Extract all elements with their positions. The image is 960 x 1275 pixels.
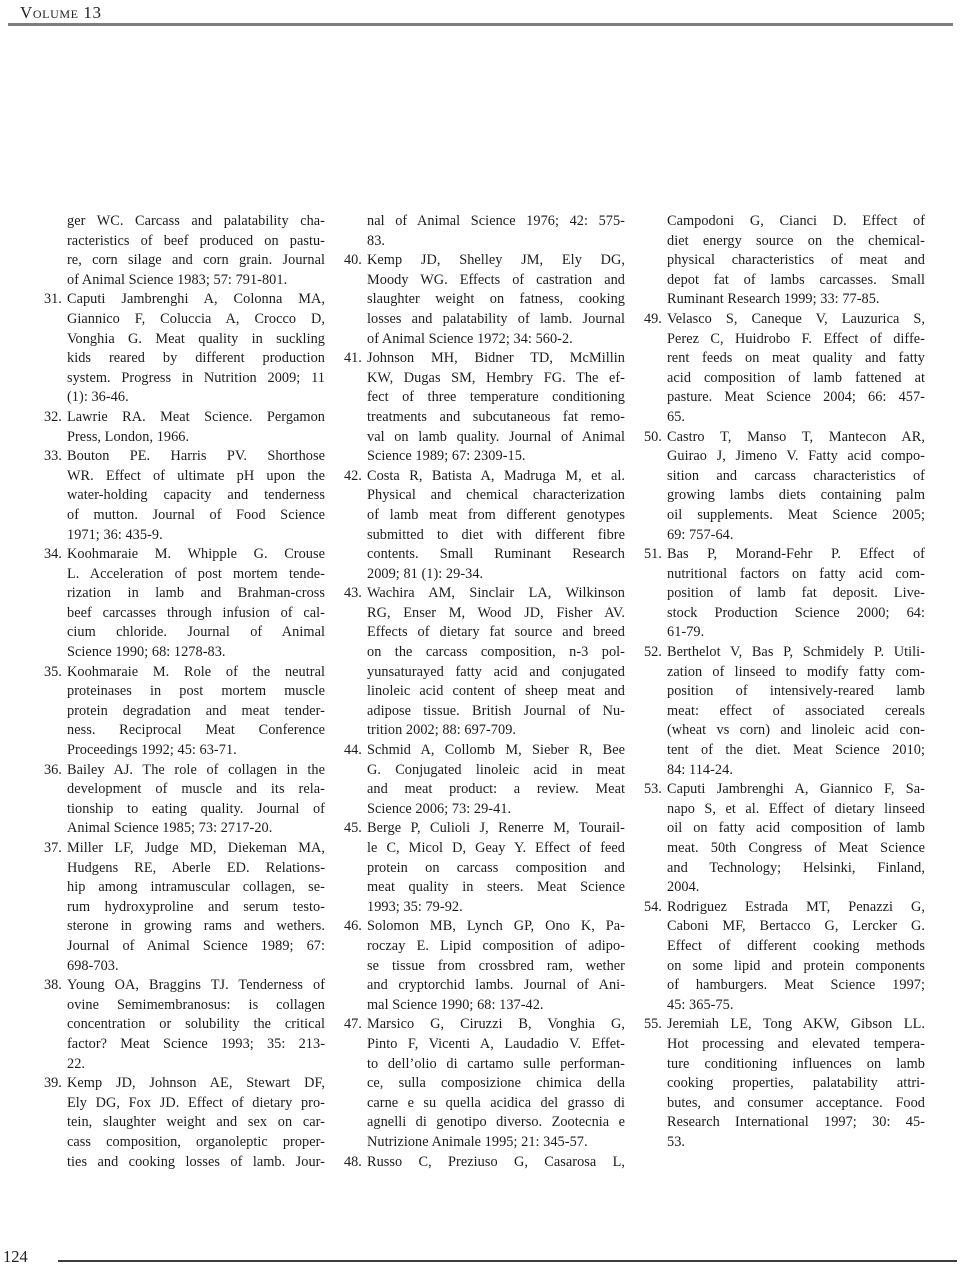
reference-line: pasture. Meat Science 2004; 66: 457- [667,388,925,408]
reference-line: butes, and consumer acceptance. Food [667,1094,925,1114]
footer-rule [58,1260,957,1262]
reference-line: 61-79. [667,623,925,643]
reference-number: 40. [344,251,362,271]
reference-entry: 50.Castro T, Manso T, Mantecon AR,Guirao… [644,428,925,546]
reference-line: rization in lamb and Brahman-cross [67,584,325,604]
reference-entry: 52.Berthelot V, Bas P, Schmidely P. Util… [644,643,925,780]
reference-entry: 42.Costa R, Batista A, Madruga M, et al.… [344,467,625,585]
reference-line: water-holding capacity and tenderness [67,486,325,506]
reference-number: 41. [344,349,362,369]
reference-line: Marsico G, Ciruzzi B, Vonghia G, [367,1015,625,1035]
reference-line: 83. [367,232,625,252]
reference-line: Effects of dietary fat source and breed [367,623,625,643]
reference-line: Science 1990; 68: 1278-83. [67,643,325,663]
reference-line: hip among intramuscular collagen, se- [67,878,325,898]
reference-line: Bouton PE. Harris PV. Shorthose [67,447,325,467]
reference-line: Guirao J, Jimeno V. Fatty acid compo- [667,447,925,467]
references-column-1: ger WC. Carcass and palatability cha-rac… [44,212,325,1172]
reference-number: 35. [44,663,62,683]
reference-entry: 39.Kemp JD, Johnson AE, Stewart DF,Ely D… [44,1074,325,1172]
reference-line: se tissue from crossbred ram, wether [367,957,625,977]
reference-number: 51. [644,545,662,565]
reference-line: Young OA, Braggins TJ. Tenderness of [67,976,325,996]
reference-line: Schmid A, Collomb M, Sieber R, Bee [367,741,625,761]
references-columns: ger WC. Carcass and palatability cha-rac… [44,212,925,1172]
reference-line: and meat product: a review. Meat [367,780,625,800]
reference-entry: 44.Schmid A, Collomb M, Sieber R, BeeG. … [344,741,625,819]
reference-line: G. Conjugated linoleic acid in meat [367,761,625,781]
reference-entry: 38.Young OA, Braggins TJ. Tenderness ofo… [44,976,325,1074]
reference-number: 48. [344,1153,362,1173]
reference-line: sition and carcass characteristics of [667,467,925,487]
reference-line: zation of linseed to modify fatty com- [667,663,925,683]
reference-line: Ely DG, Fox JD. Effect of dietary pro- [67,1094,325,1114]
reference-line: Solomon MB, Lynch GP, Ono K, Pa- [367,917,625,937]
reference-number: 53. [644,780,662,800]
reference-line: Jeremiah LE, Tong AKW, Gibson LL. [667,1015,925,1035]
reference-line: re, corn silage and corn grain. Journal [67,251,325,271]
reference-line: proteinases in post mortem muscle [67,682,325,702]
reference-entry: 54.Rodriguez Estrada MT, Penazzi G,Cabon… [644,898,925,1016]
page-number-label: 124 [3,1247,28,1267]
reference-line: tionship to eating quality. Journal of [67,800,325,820]
reference-line: rum hydroxyproline and serum testo- [67,898,325,918]
reference-entry: 34.Koohmaraie M. Whipple G. CrouseL. Acc… [44,545,325,663]
reference-line: beef carcasses through infusion of cal- [67,604,325,624]
reference-line: losses and palatability of lamb. Journal [367,310,625,330]
reference-line: adipose tissue. British Journal of Nu- [367,702,625,722]
reference-entry: ger WC. Carcass and palatability cha-rac… [44,212,325,290]
reference-line: trition 2002; 88: 697-709. [367,721,625,741]
reference-line: acid composition of lamb fattened at [667,369,925,389]
reference-entry: 46.Solomon MB, Lynch GP, Ono K, Pa-rocza… [344,917,625,1015]
reference-line: Ruminant Research 1999; 33: 77-85. [667,290,925,310]
reference-line: on the carcass composition, n-3 pol- [367,643,625,663]
reference-line: diet energy source on the chemical- [667,232,925,252]
reference-number: 43. [344,584,362,604]
reference-line: Physical and chemical characterization [367,486,625,506]
reference-number: 31. [44,290,62,310]
document-page: Volume 13 ger WC. Carcass and palatabili… [0,0,960,1275]
reference-line: protein degradation and meat tender- [67,702,325,722]
reference-entry: 51.Bas P, Morand-Fehr P. Effect ofnutrit… [644,545,925,643]
reference-line: Johnson MH, Bidner TD, McMillin [367,349,625,369]
reference-line: system. Progress in Nutrition 2009; 11 [67,369,325,389]
reference-line: 1971; 36: 435-9. [67,526,325,546]
reference-entry: 55.Jeremiah LE, Tong AKW, Gibson LL.Hot … [644,1015,925,1152]
reference-line: ness. Reciprocal Meat Conference [67,721,325,741]
reference-line: Kemp JD, Johnson AE, Stewart DF, [67,1074,325,1094]
reference-line: treatments and subcutaneous fat remo- [367,408,625,428]
reference-line: kids reared by different production [67,349,325,369]
reference-line: meat quality in steers. Meat Science [367,878,625,898]
reference-line: yunsaturayed fatty acid and conjugated [367,663,625,683]
reference-line: Bas P, Morand-Fehr P. Effect of [667,545,925,565]
reference-line: 2004. [667,878,925,898]
reference-entry: 43.Wachira AM, Sinclair LA, WilkinsonRG,… [344,584,625,741]
reference-number: 50. [644,428,662,448]
reference-line: 698-703. [67,957,325,977]
reference-line: slaughter weight on fatness, cooking [367,290,625,310]
reference-entry: 36.Bailey AJ. The role of collagen in th… [44,761,325,839]
reference-line: Animal Science 1985; 73: 2717-20. [67,819,325,839]
reference-line: linoleic acid content of sheep meat and [367,682,625,702]
reference-line: of Animal Science 1972; 34: 560-2. [367,330,625,350]
reference-line: racteristics of beef produced on pastu- [67,232,325,252]
reference-line: KW, Dugas SM, Hembry FG. The ef- [367,369,625,389]
reference-line: Moody WG. Effects of castration and [367,271,625,291]
reference-line: submitted to diet with different fibre [367,526,625,546]
reference-line: nutritional factors on fatty acid com- [667,565,925,585]
reference-line: development of muscle and its rela- [67,780,325,800]
reference-line: factor? Meat Science 1993; 35: 213- [67,1035,325,1055]
reference-line: Castro T, Manso T, Mantecon AR, [667,428,925,448]
reference-line: RG, Enser M, Wood JD, Fisher AV. [367,604,625,624]
reference-line: on some lipid and protein components [667,957,925,977]
reference-line: 53. [667,1133,925,1153]
reference-line: cium chloride. Journal of Animal [67,623,325,643]
reference-number: 44. [344,741,362,761]
reference-entry: 47.Marsico G, Ciruzzi B, Vonghia G,Pinto… [344,1015,625,1152]
reference-line: Costa R, Batista A, Madruga M, et al. [367,467,625,487]
reference-line: WR. Effect of ultimate pH upon the [67,467,325,487]
reference-line: Science 1989; 67: 2309-15. [367,447,625,467]
reference-line: 65. [667,408,925,428]
reference-line: ce, sulla composizione chimica della [367,1074,625,1094]
reference-line: 1993; 35: 79-92. [367,898,625,918]
reference-line: position of intensively-reared lamb [667,682,925,702]
header-rule [8,23,953,26]
reference-line: protein on carcass composition and [367,859,625,879]
reference-line: Berge P, Culioli J, Renerre M, Tourail- [367,819,625,839]
reference-line: nal of Animal Science 1976; 42: 575- [367,212,625,232]
reference-number: 34. [44,545,62,565]
reference-line: sterone in growing rams and wethers. [67,917,325,937]
reference-line: Science 2006; 73: 29-41. [367,800,625,820]
reference-entry: Campodoni G, Cianci D. Effect ofdiet ene… [644,212,925,310]
reference-line: oil supplements. Meat Science 2005; [667,506,925,526]
reference-line: (wheat vs corn) and linoleic acid con- [667,721,925,741]
reference-line: L. Acceleration of post mortem tende- [67,565,325,585]
reference-entry: 37.Miller LF, Judge MD, Diekeman MA,Hudg… [44,839,325,976]
reference-line: Caboni MF, Bertacco G, Lercker G. [667,917,925,937]
reference-line: carne e su quella acidica del grasso di [367,1094,625,1114]
reference-line: depot fat of lambs carcasses. Small [667,271,925,291]
reference-line: Press, London, 1966. [67,428,325,448]
reference-line: Research International 1997; 30: 45- [667,1113,925,1133]
reference-line: 69: 757-64. [667,526,925,546]
reference-line: (1): 36-46. [67,388,325,408]
reference-line: contents. Small Ruminant Research [367,545,625,565]
reference-line: Russo C, Preziuso G, Casarosa L, [367,1153,625,1173]
reference-line: meat. 50th Congress of Meat Science [667,839,925,859]
reference-line: Hot processing and elevated tempera- [667,1035,925,1055]
reference-line: and cryptorchid lambs. Journal of Ani- [367,976,625,996]
reference-line: cass composition, organoleptic proper- [67,1133,325,1153]
reference-line: Bailey AJ. The role of collagen in the [67,761,325,781]
reference-line: physical characteristics of meat and [667,251,925,271]
reference-line: Nutrizione Animale 1995; 21: 345-57. [367,1133,625,1153]
reference-line: Caputi Jambrenghi A, Colonna MA, [67,290,325,310]
reference-entry: 41.Johnson MH, Bidner TD, McMillinKW, Du… [344,349,625,467]
references-column-2: nal of Animal Science 1976; 42: 575-83.4… [344,212,625,1172]
references-column-3: Campodoni G, Cianci D. Effect ofdiet ene… [644,212,925,1172]
reference-line: concentration or solubility the critical [67,1015,325,1035]
reference-entry: 53.Caputi Jambrenghi A, Giannico F, Sa-n… [644,780,925,898]
reference-line: val on lamb quality. Journal of Animal [367,428,625,448]
reference-number: 36. [44,761,62,781]
reference-line: le C, Micol D, Geay Y. Effect of feed [367,839,625,859]
reference-entry: 40.Kemp JD, Shelley JM, Ely DG,Moody WG.… [344,251,625,349]
reference-entry: 31.Caputi Jambrenghi A, Colonna MA,Giann… [44,290,325,408]
reference-line: Wachira AM, Sinclair LA, Wilkinson [367,584,625,604]
reference-line: Effect of different cooking methods [667,937,925,957]
reference-line: agnelli di genotipo diverso. Zootecnia e [367,1113,625,1133]
reference-line: napo S, et al. Effect of dietary linseed [667,800,925,820]
reference-number: 45. [344,819,362,839]
reference-line: meat: effect of associated cereals [667,702,925,722]
reference-number: 52. [644,643,662,663]
reference-line: fect of three temperature conditioning [367,388,625,408]
reference-line: 2009; 81 (1): 29-34. [367,565,625,585]
reference-number: 46. [344,917,362,937]
reference-number: 54. [644,898,662,918]
reference-line: Koohmaraie M. Role of the neutral [67,663,325,683]
reference-line: of hamburgers. Meat Science 1997; [667,976,925,996]
reference-entry: 45.Berge P, Culioli J, Renerre M, Tourai… [344,819,625,917]
reference-line: Campodoni G, Cianci D. Effect of [667,212,925,232]
reference-entry: 33.Bouton PE. Harris PV. ShorthoseWR. Ef… [44,447,325,545]
reference-line: of Animal Science 1983; 57: 791-801. [67,271,325,291]
reference-line: Kemp JD, Shelley JM, Ely DG, [367,251,625,271]
reference-line: Giannico F, Coluccia A, Crocco D, [67,310,325,330]
reference-line: of lamb meat from different genotypes [367,506,625,526]
reference-line: growing lambs diets containing palm [667,486,925,506]
reference-line: Koohmaraie M. Whipple G. Crouse [67,545,325,565]
reference-line: mal Science 1990; 68: 137-42. [367,996,625,1016]
reference-number: 55. [644,1015,662,1035]
reference-number: 33. [44,447,62,467]
reference-line: cooking properties, palatability attri- [667,1074,925,1094]
reference-line: 84: 114-24. [667,761,925,781]
reference-line: tein, slaughter weight and sex on car- [67,1113,325,1133]
reference-line: Vonghia G. Meat quality in suckling [67,330,325,350]
reference-line: 22. [67,1055,325,1075]
reference-line: and Technology; Helsinki, Finland, [667,859,925,879]
reference-line: ger WC. Carcass and palatability cha- [67,212,325,232]
reference-entry: 49.Velasco S, Caneque V, Lauzurica S,Per… [644,310,925,428]
reference-line: rent feeds on meat quality and fatty [667,349,925,369]
reference-line: Perez C, Huidrobo F. Effect of diffe- [667,330,925,350]
volume-label: Volume 13 [20,3,102,23]
reference-entry: 48.Russo C, Preziuso G, Casarosa L, [344,1153,625,1173]
reference-line: Pinto F, Vicenti A, Laudadio V. Effet- [367,1035,625,1055]
reference-line: ture conditioning influences on lamb [667,1055,925,1075]
reference-line: Hudgens RE, Aberle ED. Relations- [67,859,325,879]
reference-line: Miller LF, Judge MD, Diekeman MA, [67,839,325,859]
reference-line: Berthelot V, Bas P, Schmidely P. Utili- [667,643,925,663]
reference-line: to dell’olio di cartamo sulle performan- [367,1055,625,1075]
reference-line: ovine Semimembranosus: is collagen [67,996,325,1016]
reference-line: Velasco S, Caneque V, Lauzurica S, [667,310,925,330]
reference-line: position of lamb fat deposit. Live- [667,584,925,604]
reference-entry: nal of Animal Science 1976; 42: 575-83. [344,212,625,251]
reference-entry: 35.Koohmaraie M. Role of the neutralprot… [44,663,325,761]
reference-line: Journal of Animal Science 1989; 67: [67,937,325,957]
reference-line: 45: 365-75. [667,996,925,1016]
reference-line: Proceedings 1992; 45: 63-71. [67,741,325,761]
reference-number: 32. [44,408,62,428]
reference-number: 49. [644,310,662,330]
reference-line: Lawrie RA. Meat Science. Pergamon [67,408,325,428]
reference-line: of mutton. Journal of Food Science [67,506,325,526]
reference-line: stock Production Science 2000; 64: [667,604,925,624]
reference-line: roczay E. Lipid composition of adipo- [367,937,625,957]
reference-line: tent of the diet. Meat Science 2010; [667,741,925,761]
reference-number: 39. [44,1074,62,1094]
reference-number: 38. [44,976,62,996]
reference-entry: 32.Lawrie RA. Meat Science. PergamonPres… [44,408,325,447]
reference-line: ties and cooking losses of lamb. Jour- [67,1153,325,1173]
reference-number: 37. [44,839,62,859]
reference-number: 42. [344,467,362,487]
reference-line: Caputi Jambrenghi A, Giannico F, Sa- [667,780,925,800]
reference-line: Rodriguez Estrada MT, Penazzi G, [667,898,925,918]
reference-number: 47. [344,1015,362,1035]
reference-line: oil on fatty acid composition of lamb [667,819,925,839]
